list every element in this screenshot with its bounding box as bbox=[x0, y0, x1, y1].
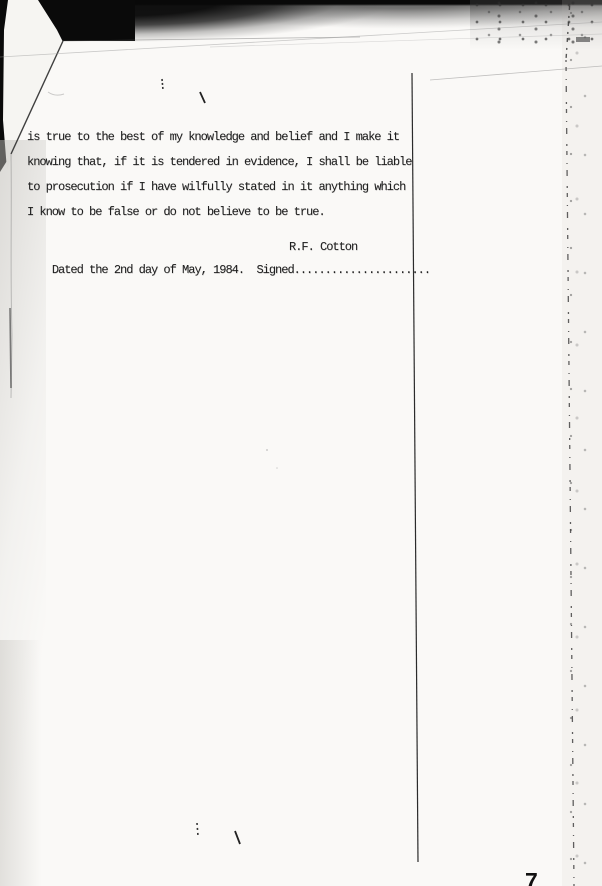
staple-mark bbox=[197, 823, 198, 836]
signature-name: R.F. Cotton bbox=[289, 240, 357, 254]
statement-line: I know to be false or do not believe to … bbox=[27, 205, 325, 219]
smudge-mark bbox=[48, 92, 64, 95]
scan-right-edge-noise bbox=[562, 0, 602, 886]
statement-line: to prosecution if I have wilfully stated… bbox=[27, 180, 405, 194]
page-left-edge-dark-segment bbox=[10, 308, 11, 388]
statement-line: is true to the best of my knowledge and … bbox=[27, 130, 399, 144]
speck bbox=[276, 467, 278, 469]
staple-mark bbox=[235, 831, 240, 844]
binder-dashed-line bbox=[566, 60, 574, 886]
staple-mark bbox=[162, 79, 163, 90]
page-left-edge-shading-bottom bbox=[0, 640, 52, 886]
binder-mark-cluster bbox=[576, 37, 590, 42]
staple-mark bbox=[200, 92, 205, 103]
dated-signed-line: Dated the 2nd day of May, 1984. Signed..… bbox=[27, 249, 430, 305]
margin-rule-line bbox=[412, 73, 418, 862]
underlying-page-edge-line bbox=[210, 34, 602, 47]
dated-signed-text: Dated the 2nd day of May, 1984. Signed..… bbox=[52, 263, 430, 277]
page-number: 7 bbox=[525, 870, 538, 886]
underlying-page-edge-line bbox=[430, 66, 602, 80]
scanned-document-page: is true to the best of my knowledge and … bbox=[0, 0, 602, 886]
binder-dashed-line bbox=[566, 0, 570, 60]
statement-line: knowing that, if it is tendered in evide… bbox=[27, 155, 411, 169]
scan-top-right-noise bbox=[470, 0, 602, 50]
page-left-edge-line bbox=[11, 154, 12, 398]
speck bbox=[266, 449, 268, 451]
